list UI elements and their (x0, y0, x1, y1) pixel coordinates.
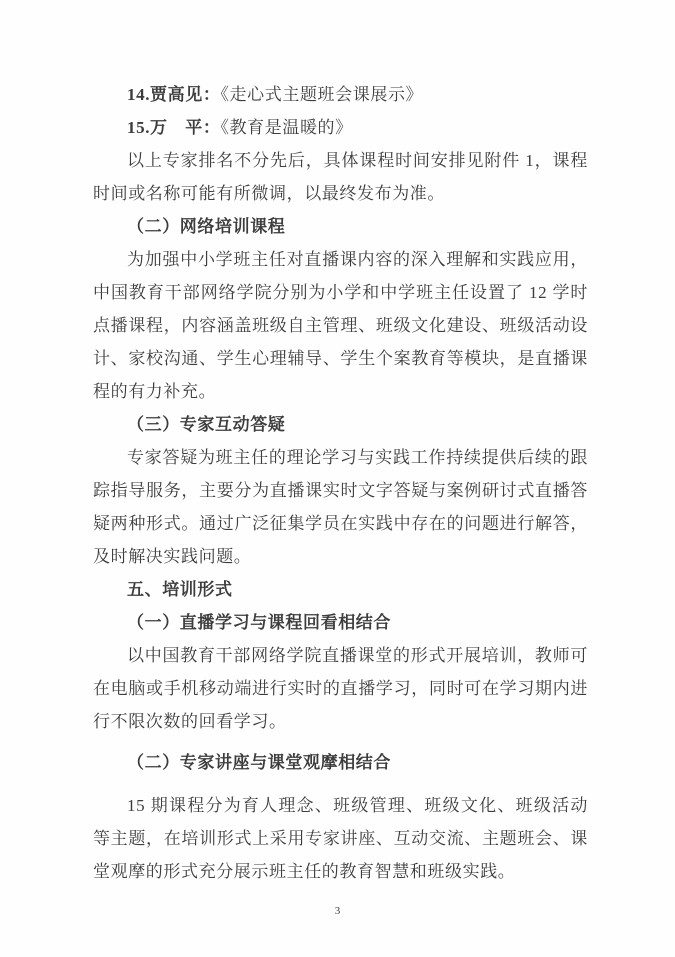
document-body: 14.贾高见：《走心式主题班会课展示》 15.万 平：《教育是温暖的》 以上专家… (93, 78, 588, 888)
expert-number-name: 14.贾高见： (127, 85, 220, 104)
document-page: 14.贾高见：《走心式主题班会课展示》 15.万 平：《教育是温暖的》 以上专家… (0, 0, 675, 957)
section3-heading: （三）专家互动答疑 (93, 408, 588, 441)
expert-number-name: 15.万 平： (127, 118, 220, 137)
expert-list-item: 14.贾高见：《走心式主题班会课展示》 (93, 78, 588, 111)
expert-course-title: 《走心式主题班会课展示》 (220, 85, 423, 104)
part5-sub2-heading: （二）专家讲座与课堂观摩相结合 (93, 746, 588, 779)
page-number: 3 (0, 905, 675, 917)
section2-heading: （二）网络培训课程 (93, 210, 588, 243)
part5-sub2-paragraph: 15 期课程分为育人理念、班级管理、班级文化、班级活动等主题，在培训形式上采用专… (93, 789, 588, 888)
part5-sub1-heading: （一）直播学习与课程回看相结合 (93, 606, 588, 639)
section3-paragraph: 专家答疑为班主任的理论学习与实践工作持续提供后续的跟踪指导服务，主要分为直播课实… (93, 441, 588, 573)
section2-paragraph: 为加强中小学班主任对直播课内容的深入理解和实践应用，中国教育干部网络学院分别为小… (93, 243, 588, 408)
part5-heading: 五、培训形式 (93, 573, 588, 606)
part5-sub1-paragraph: 以中国教育干部网络学院直播课堂的形式开展培训，教师可在电脑或手机移动端进行实时的… (93, 639, 588, 738)
schedule-note-paragraph: 以上专家排名不分先后，具体课程时间安排见附件 1，课程时间或名称可能有所微调，以… (93, 144, 588, 210)
expert-course-title: 《教育是温暖的》 (220, 118, 352, 137)
expert-list-item: 15.万 平：《教育是温暖的》 (93, 111, 588, 144)
